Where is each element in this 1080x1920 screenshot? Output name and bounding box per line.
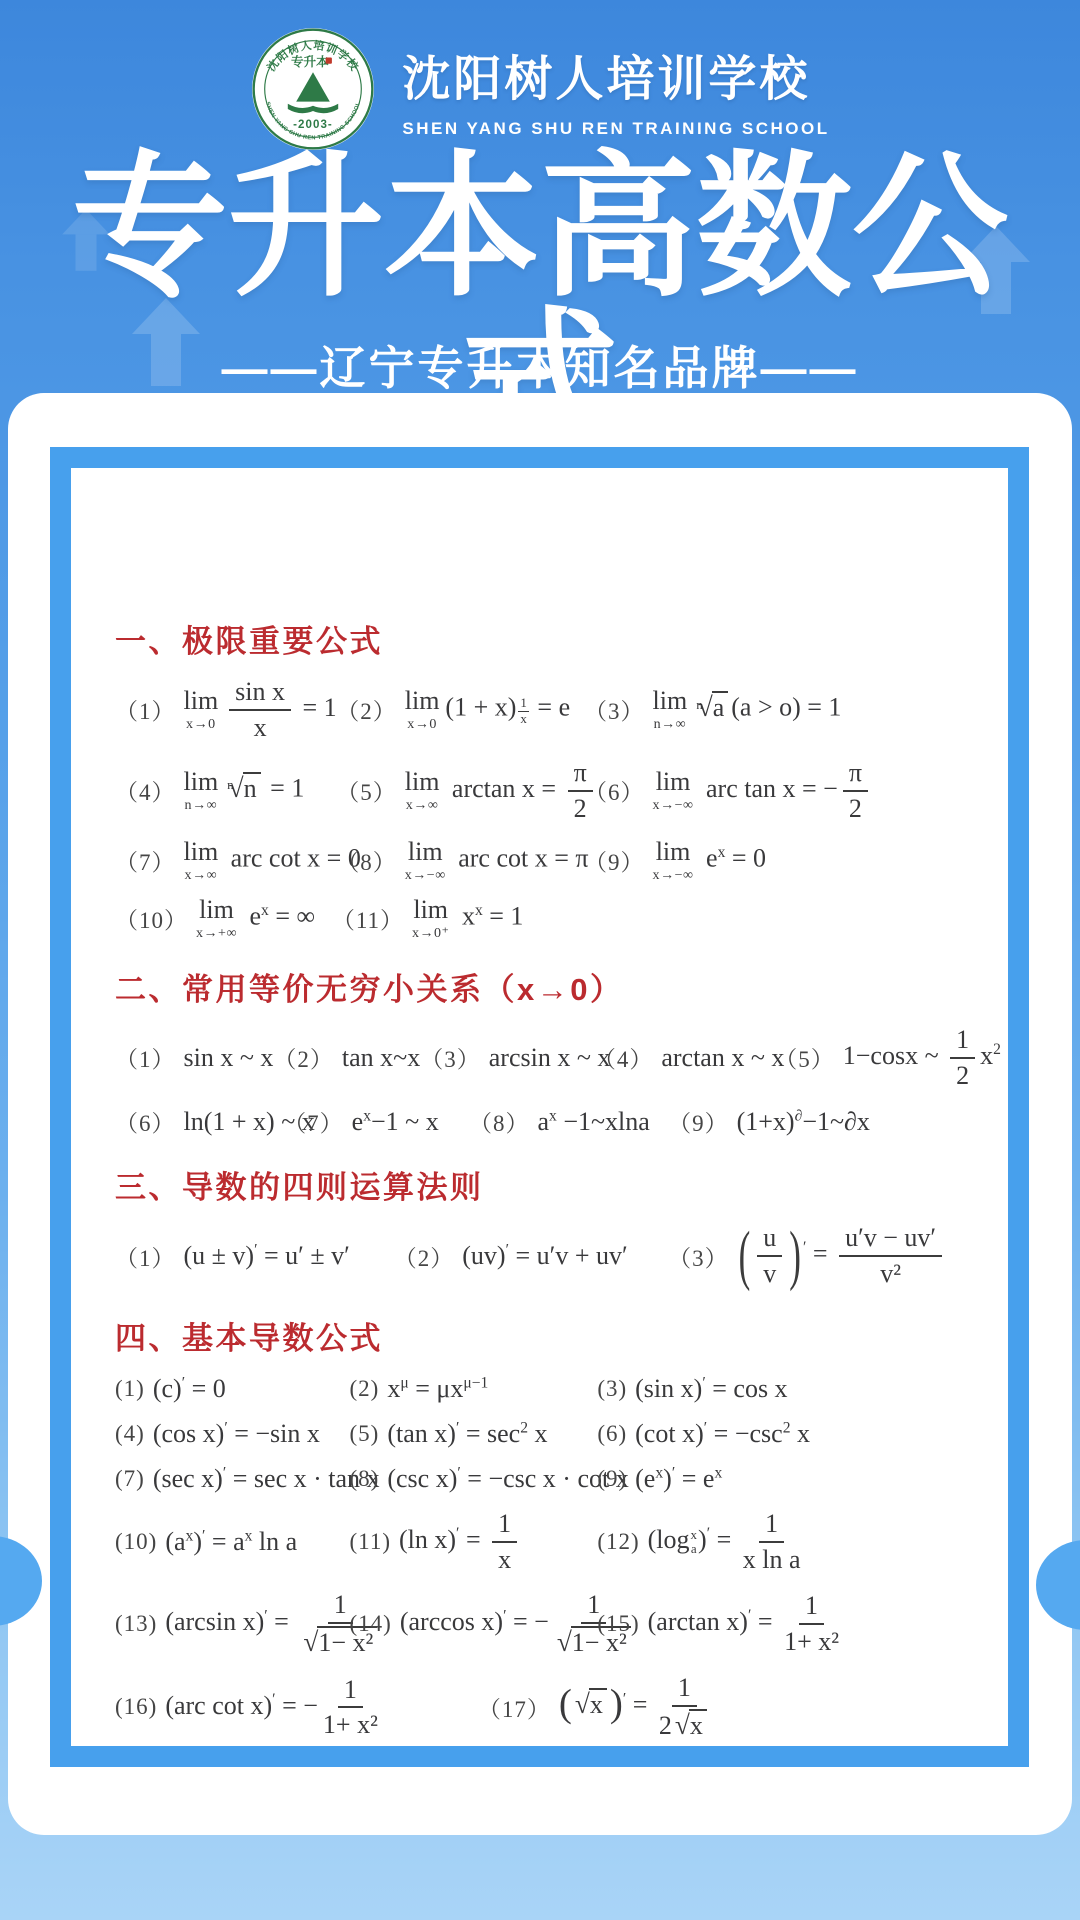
formula-expression: limx→0(1 + x)1x = e — [405, 688, 570, 731]
formula-item: (10)(ax)′ = ax ln a — [115, 1527, 350, 1557]
formula-expression: (c)′ = 0 — [153, 1374, 226, 1404]
formula-item: (4)(cos x)′ = −sin x — [115, 1419, 350, 1449]
formula-item: （9）limx→−∞ ex = 0 — [584, 839, 766, 882]
formula-expression: (uv)′ = u′v + uv′ — [462, 1241, 627, 1271]
formula-item: （1）limx→0sin xx = 1 — [115, 677, 336, 743]
formula-expression: (sec x)′ = sec x · tan x — [153, 1464, 380, 1494]
formula-item: （8）ax −1~xlna — [469, 1105, 668, 1138]
formula-item: （6）ln(1 + x) ~ x — [115, 1105, 283, 1138]
formula-expression: (logxa)′ = 1x ln a — [648, 1509, 806, 1575]
formula-label: （4） — [115, 774, 176, 807]
formula-label: (12) — [597, 1529, 639, 1555]
formula-label: （1） — [115, 1041, 176, 1074]
formula-item: （1）sin x ~ x — [115, 1041, 273, 1074]
formula-row: （4）limn→∞n√n = 1（5）limx→∞ arctan x = π2（… — [115, 758, 1000, 824]
formula-expression: (1+x)∂−1~∂x — [737, 1107, 870, 1137]
formula-item: （1）(u ± v)′ = u′ ± v′ — [115, 1240, 394, 1273]
formula-item: (11)(ln x)′ = 1x — [350, 1509, 598, 1575]
formula-item: (5)(tan x)′ = sec2 x — [350, 1419, 598, 1449]
school-name-en: SHEN YANG SHU REN TRAINING SCHOOL — [402, 119, 829, 139]
formula-expression: ax −1~xlna — [537, 1107, 649, 1137]
formula-expression: tan x~x — [342, 1043, 420, 1073]
formula-item: (12)(logxa)′ = 1x ln a — [597, 1509, 805, 1575]
poster: 沈阳树人培训学校 SHEN YANG SHU REN TRAINING SCHO… — [0, 0, 1080, 1920]
formula-label: （3） — [668, 1240, 729, 1273]
formula-expression: (sin x)′ = cos x — [635, 1374, 787, 1404]
formula-label: (13) — [115, 1611, 157, 1637]
formula-item: （2）(uv)′ = u′v + uv′ — [394, 1240, 668, 1273]
formula-row: （1）limx→0sin xx = 1（2）limx→0(1 + x)1x = … — [115, 677, 1000, 743]
formula-item: （4）limn→∞n√n = 1 — [115, 769, 336, 812]
formula-expression: (ex)′ = ex — [635, 1464, 722, 1494]
formula-item: （6）limx→−∞ arc tan x = −π2 — [584, 758, 873, 824]
formula-label: （7） — [115, 844, 176, 877]
formula-item: （2）limx→0(1 + x)1x = e — [336, 688, 584, 731]
formula-item: （5）1−cosx ~ 12x2 — [774, 1025, 1001, 1091]
formula-item: (2)xμ = μxμ−1 — [350, 1374, 598, 1404]
formula-label: （11） — [332, 902, 404, 935]
section-title: 一、极限重要公式 — [115, 616, 1000, 661]
formula-item: (13)(arcsin x)′ = 1√1− x² — [115, 1590, 350, 1658]
formula-label: (11) — [350, 1529, 391, 1555]
formula-label: （3） — [420, 1041, 481, 1074]
formula-row: (10)(ax)′ = ax ln a(11)(ln x)′ = 1x(12)(… — [115, 1509, 1000, 1575]
formula-expression: (arctan x)′ = 11+ x² — [648, 1591, 844, 1657]
formula-item: （3）limn→∞n√a(a > o) = 1 — [584, 688, 841, 731]
formula-label: （2） — [394, 1240, 455, 1273]
formula-label: （7） — [283, 1105, 344, 1138]
formula-label: (5) — [350, 1421, 380, 1447]
logo-year: -2003- — [294, 119, 334, 131]
formula-expression: sin x ~ x — [184, 1043, 274, 1073]
brand-row: 沈阳树人培训学校 SHEN YANG SHU REN TRAINING SCHO… — [0, 26, 1080, 152]
formula-expression: limn→∞n√n = 1 — [184, 769, 305, 812]
formula-label: （2） — [336, 693, 397, 726]
formula-label: (2) — [350, 1376, 380, 1402]
formula-expression: (uv)′ = u′v − uv′v² — [737, 1223, 948, 1289]
formula-item: (16)(arc cot x)′ = −11+ x² — [115, 1675, 478, 1741]
formula-label: (7) — [115, 1466, 145, 1492]
brand-text: 沈阳树人培训学校 SHEN YANG SHU REN TRAINING SCHO… — [402, 40, 829, 139]
formula-label: (1) — [115, 1376, 145, 1402]
formula-label: (8) — [350, 1466, 380, 1492]
formula-expression: (√x)′ = 12√x — [559, 1673, 715, 1741]
formula-expression: ex−1 ~ x — [352, 1107, 439, 1137]
formula-label: （5） — [336, 774, 397, 807]
formula-item: (3)(sin x)′ = cos x — [597, 1374, 787, 1404]
formula-expression: (cos x)′ = −sin x — [153, 1419, 320, 1449]
formula-expression: arctan x ~ x — [661, 1043, 784, 1073]
formula-expression: limx→−∞ arc tan x = −π2 — [653, 758, 873, 824]
formula-item: （5）limx→∞ arctan x = π2 — [336, 758, 584, 824]
formula-row: （7）limx→∞ arc cot x = 0（8）limx→−∞ arc co… — [115, 839, 1000, 882]
formula-item: （3）arcsin x ~ x — [420, 1041, 593, 1074]
formula-label: （1） — [115, 1240, 176, 1273]
formula-row: （6）ln(1 + x) ~ x（7）ex−1 ~ x（8）ax −1~xlna… — [115, 1105, 1000, 1138]
poster-subtitle: ——辽宁专升本知名品牌—— — [0, 332, 1080, 398]
formula-item: (8)(csc x)′ = −csc x · cot x — [350, 1464, 598, 1494]
formula-expression: 1−cosx ~ 12x2 — [843, 1025, 1001, 1091]
formula-label: （3） — [584, 693, 645, 726]
formula-item: (1)(c)′ = 0 — [115, 1374, 350, 1404]
formula-row: (4)(cos x)′ = −sin x(5)(tan x)′ = sec2 x… — [115, 1419, 1000, 1449]
formula-label: （10） — [115, 902, 188, 935]
formula-row: (1)(c)′ = 0(2)xμ = μxμ−1(3)(sin x)′ = co… — [115, 1374, 1000, 1404]
formula-item: （2）tan x~x — [273, 1041, 420, 1074]
formula-item: （17）(√x)′ = 12√x — [478, 1673, 715, 1741]
formula-item: （10）limx→+∞ ex = ∞ — [115, 897, 332, 940]
formula-label: （1） — [115, 693, 176, 726]
formula-label: (4) — [115, 1421, 145, 1447]
formula-item: （7）ex−1 ~ x — [283, 1105, 469, 1138]
formula-section: 一、极限重要公式（1）limx→0sin xx = 1（2）limx→0(1 +… — [115, 616, 1000, 940]
formula-label: （4） — [593, 1041, 654, 1074]
formula-expression: xμ = μxμ−1 — [387, 1374, 488, 1404]
formula-label: (9) — [597, 1466, 627, 1492]
formula-item: （4）arctan x ~ x — [593, 1041, 774, 1074]
formula-label: （9） — [668, 1105, 729, 1138]
formula-item: （7）limx→∞ arc cot x = 0 — [115, 839, 336, 882]
formula-expression: limx→−∞ ex = 0 — [653, 839, 766, 882]
formula-expression: (csc x)′ = −csc x · cot x — [387, 1464, 628, 1494]
section-title: 四、基本导数公式 — [115, 1313, 1000, 1358]
formula-row: (16)(arc cot x)′ = −11+ x²（17）(√x)′ = 12… — [115, 1673, 1000, 1741]
formula-label: （6） — [584, 774, 645, 807]
formula-content: 一、极限重要公式（1）limx→0sin xx = 1（2）limx→0(1 +… — [71, 468, 1008, 1746]
formula-row: (7)(sec x)′ = sec x · tan x(8)(csc x)′ =… — [115, 1464, 1000, 1494]
card-frame: 一、极限重要公式（1）limx→0sin xx = 1（2）limx→0(1 +… — [50, 447, 1029, 1767]
formula-expression: (ln x)′ = 1x — [399, 1509, 522, 1575]
formula-label: (16) — [115, 1694, 157, 1720]
formula-label: （6） — [115, 1105, 176, 1138]
formula-label: (15) — [597, 1611, 639, 1637]
formula-expression: limx→+∞ ex = ∞ — [196, 897, 315, 940]
formula-expression: (cot x)′ = −csc2 x — [635, 1419, 810, 1449]
formula-label: (6) — [597, 1421, 627, 1447]
formula-item: (9)(ex)′ = ex — [597, 1464, 722, 1494]
logo-center-calligraphy: 专升本 — [291, 54, 329, 69]
formula-item: (14)(arccos x)′ = −1√1− x² — [350, 1590, 598, 1658]
formula-label: （2） — [273, 1041, 334, 1074]
section-title: 二、常用等价无穷小关系（x→0） — [115, 964, 1000, 1009]
formula-label: (10) — [115, 1529, 157, 1555]
formula-label: （5） — [774, 1041, 835, 1074]
formula-section: 四、基本导数公式(1)(c)′ = 0(2)xμ = μxμ−1(3)(sin … — [115, 1313, 1000, 1741]
formula-row: （10）limx→+∞ ex = ∞（11）limx→0⁺ xx = 1 — [115, 897, 1000, 940]
formula-expression: (tan x)′ = sec2 x — [387, 1419, 547, 1449]
formula-label: (3) — [597, 1376, 627, 1402]
school-logo-emblem: 沈阳树人培训学校 SHEN YANG SHU REN TRAINING SCHO… — [250, 26, 376, 152]
formula-expression: limx→0sin xx = 1 — [184, 677, 337, 743]
formula-item: （11）limx→0⁺ xx = 1 — [332, 897, 524, 940]
formula-row: (13)(arcsin x)′ = 1√1− x²(14)(arccos x)′… — [115, 1590, 1000, 1658]
formula-row: （1）(u ± v)′ = u′ ± v′（2）(uv)′ = u′v + uv… — [115, 1223, 1000, 1289]
formula-expression: limx→∞ arc cot x = 0 — [184, 839, 361, 882]
formula-expression: (arc cot x)′ = −11+ x² — [165, 1675, 383, 1741]
formula-item: （8）limx→−∞ arc cot x = π — [336, 839, 584, 882]
formula-label: （9） — [584, 844, 645, 877]
formula-item: (15)(arctan x)′ = 11+ x² — [597, 1591, 844, 1657]
formula-item: （3）(uv)′ = u′v − uv′v² — [668, 1223, 947, 1289]
formula-expression: limx→∞ arctan x = π2 — [405, 758, 598, 824]
formula-expression: (ax)′ = ax ln a — [165, 1527, 297, 1557]
formula-section: 三、导数的四则运算法则（1）(u ± v)′ = u′ ± v′（2）(uv)′… — [115, 1162, 1000, 1289]
formula-item: (6)(cot x)′ = −csc2 x — [597, 1419, 810, 1449]
formula-label: （17） — [478, 1691, 551, 1724]
formula-label: (14) — [350, 1611, 392, 1637]
formula-item: (7)(sec x)′ = sec x · tan x — [115, 1464, 350, 1494]
formula-expression: limx→−∞ arc cot x = π — [405, 839, 589, 882]
formula-row: （1）sin x ~ x（2）tan x~x（3）arcsin x ~ x（4）… — [115, 1025, 1000, 1091]
formula-card: 一、极限重要公式（1）limx→0sin xx = 1（2）limx→0(1 +… — [8, 393, 1072, 1835]
section-title: 三、导数的四则运算法则 — [115, 1162, 1000, 1207]
formula-section: 二、常用等价无穷小关系（x→0）（1）sin x ~ x（2）tan x~x（3… — [115, 964, 1000, 1139]
formula-item: （9）(1+x)∂−1~∂x — [668, 1105, 870, 1138]
formula-expression: limn→∞n√a(a > o) = 1 — [653, 688, 842, 731]
logo-red-seal — [326, 58, 332, 64]
school-name-cn: 沈阳树人培训学校 — [402, 40, 829, 109]
formula-expression: limx→0⁺ xx = 1 — [412, 897, 523, 940]
formula-label: （8） — [336, 844, 397, 877]
formula-label: （8） — [469, 1105, 530, 1138]
formula-expression: (u ± v)′ = u′ ± v′ — [184, 1241, 350, 1271]
